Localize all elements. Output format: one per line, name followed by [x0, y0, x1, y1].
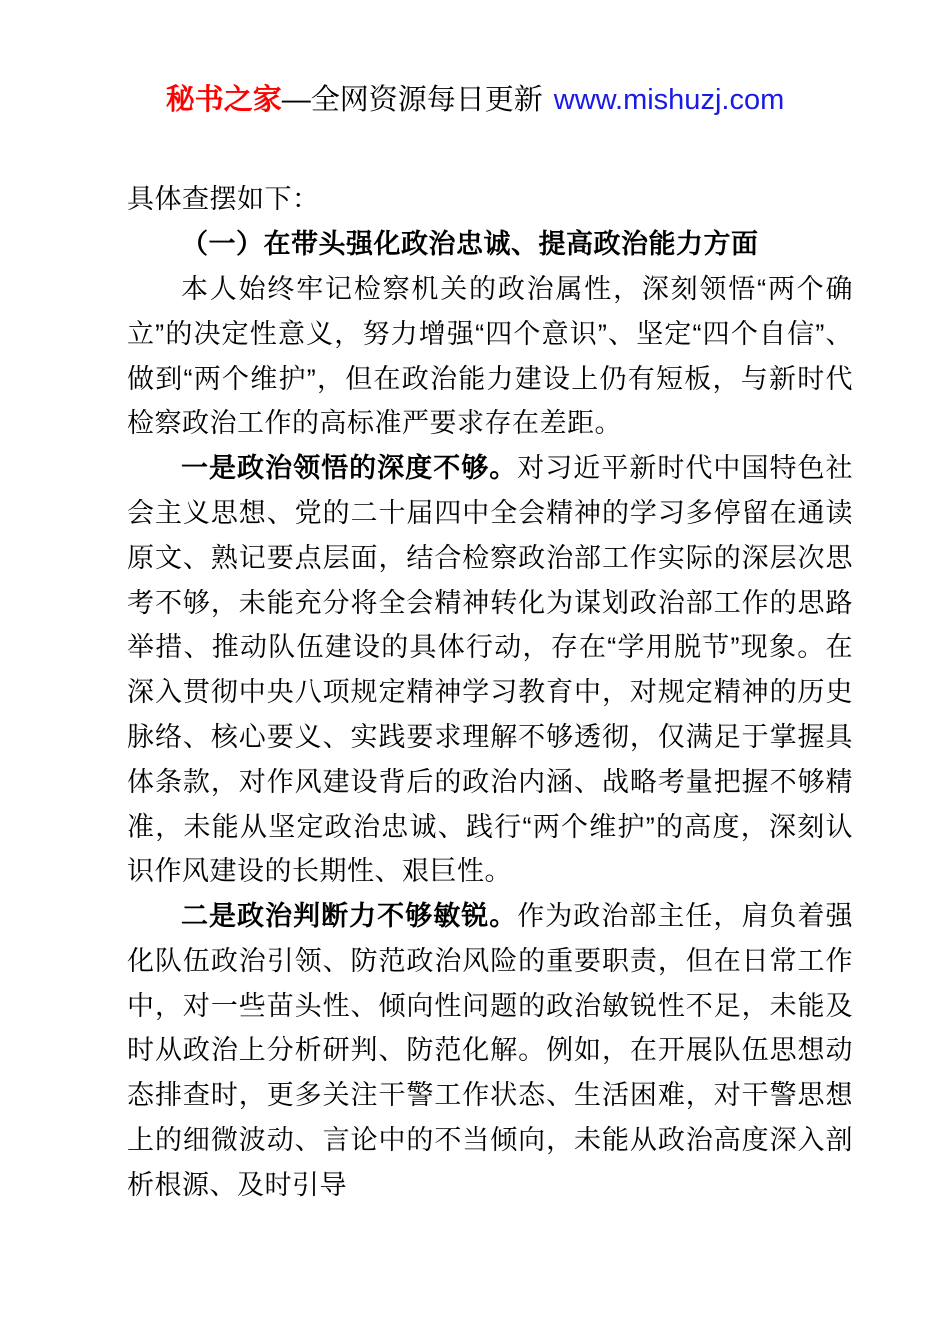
point-one-text: 对习近平新时代中国特色社会主义思想、党的二十届四中全会精神的学习多停留在通读原文… — [127, 453, 853, 886]
point-one-lead: 一是政治领悟的深度不够。 — [181, 453, 517, 483]
paragraph-point-one: 一是政治领悟的深度不够。对习近平新时代中国特色社会主义思想、党的二十届四中全会精… — [127, 446, 853, 894]
header-tagline: 全网资源每日更新 — [311, 84, 543, 116]
paragraph-overview-text: 本人始终牢记检察机关的政治属性，深刻领悟“两个确立”的决定性意义，努力增强“四个… — [127, 274, 853, 438]
point-two-text: 作为政治部主任，肩负着强化队伍政治引领、防范政治风险的重要职责，但在日常工作中，… — [127, 901, 853, 1200]
section-heading: （一）在带头强化政治忠诚、提高政治能力方面 — [127, 222, 853, 267]
section-heading-text: （一）在带头强化政治忠诚、提高政治能力方面 — [181, 229, 759, 259]
point-two-lead: 二是政治判断力不够敏锐。 — [181, 901, 517, 931]
page-header: 秘书之家—全网资源每日更新www.mishuzj.com — [0, 0, 950, 117]
site-name: 秘书之家 — [166, 84, 282, 116]
document-body: 具体查摆如下： （一）在带头强化政治忠诚、提高政治能力方面 本人始终牢记检察机关… — [127, 177, 853, 1207]
paragraph-point-two: 二是政治判断力不够敏锐。作为政治部主任，肩负着强化队伍政治引领、防范政治风险的重… — [127, 894, 853, 1208]
paragraph-intro-text: 具体查摆如下： — [127, 184, 320, 214]
document-page: 秘书之家—全网资源每日更新www.mishuzj.com 具体查摆如下： （一）… — [0, 0, 950, 1344]
paragraph-intro: 具体查摆如下： — [127, 177, 853, 222]
header-dash: — — [282, 84, 311, 116]
header-url-link[interactable]: www.mishuzj.com — [554, 84, 784, 116]
paragraph-overview: 本人始终牢记检察机关的政治属性，深刻领悟“两个确立”的决定性意义，努力增强“四个… — [127, 267, 853, 446]
